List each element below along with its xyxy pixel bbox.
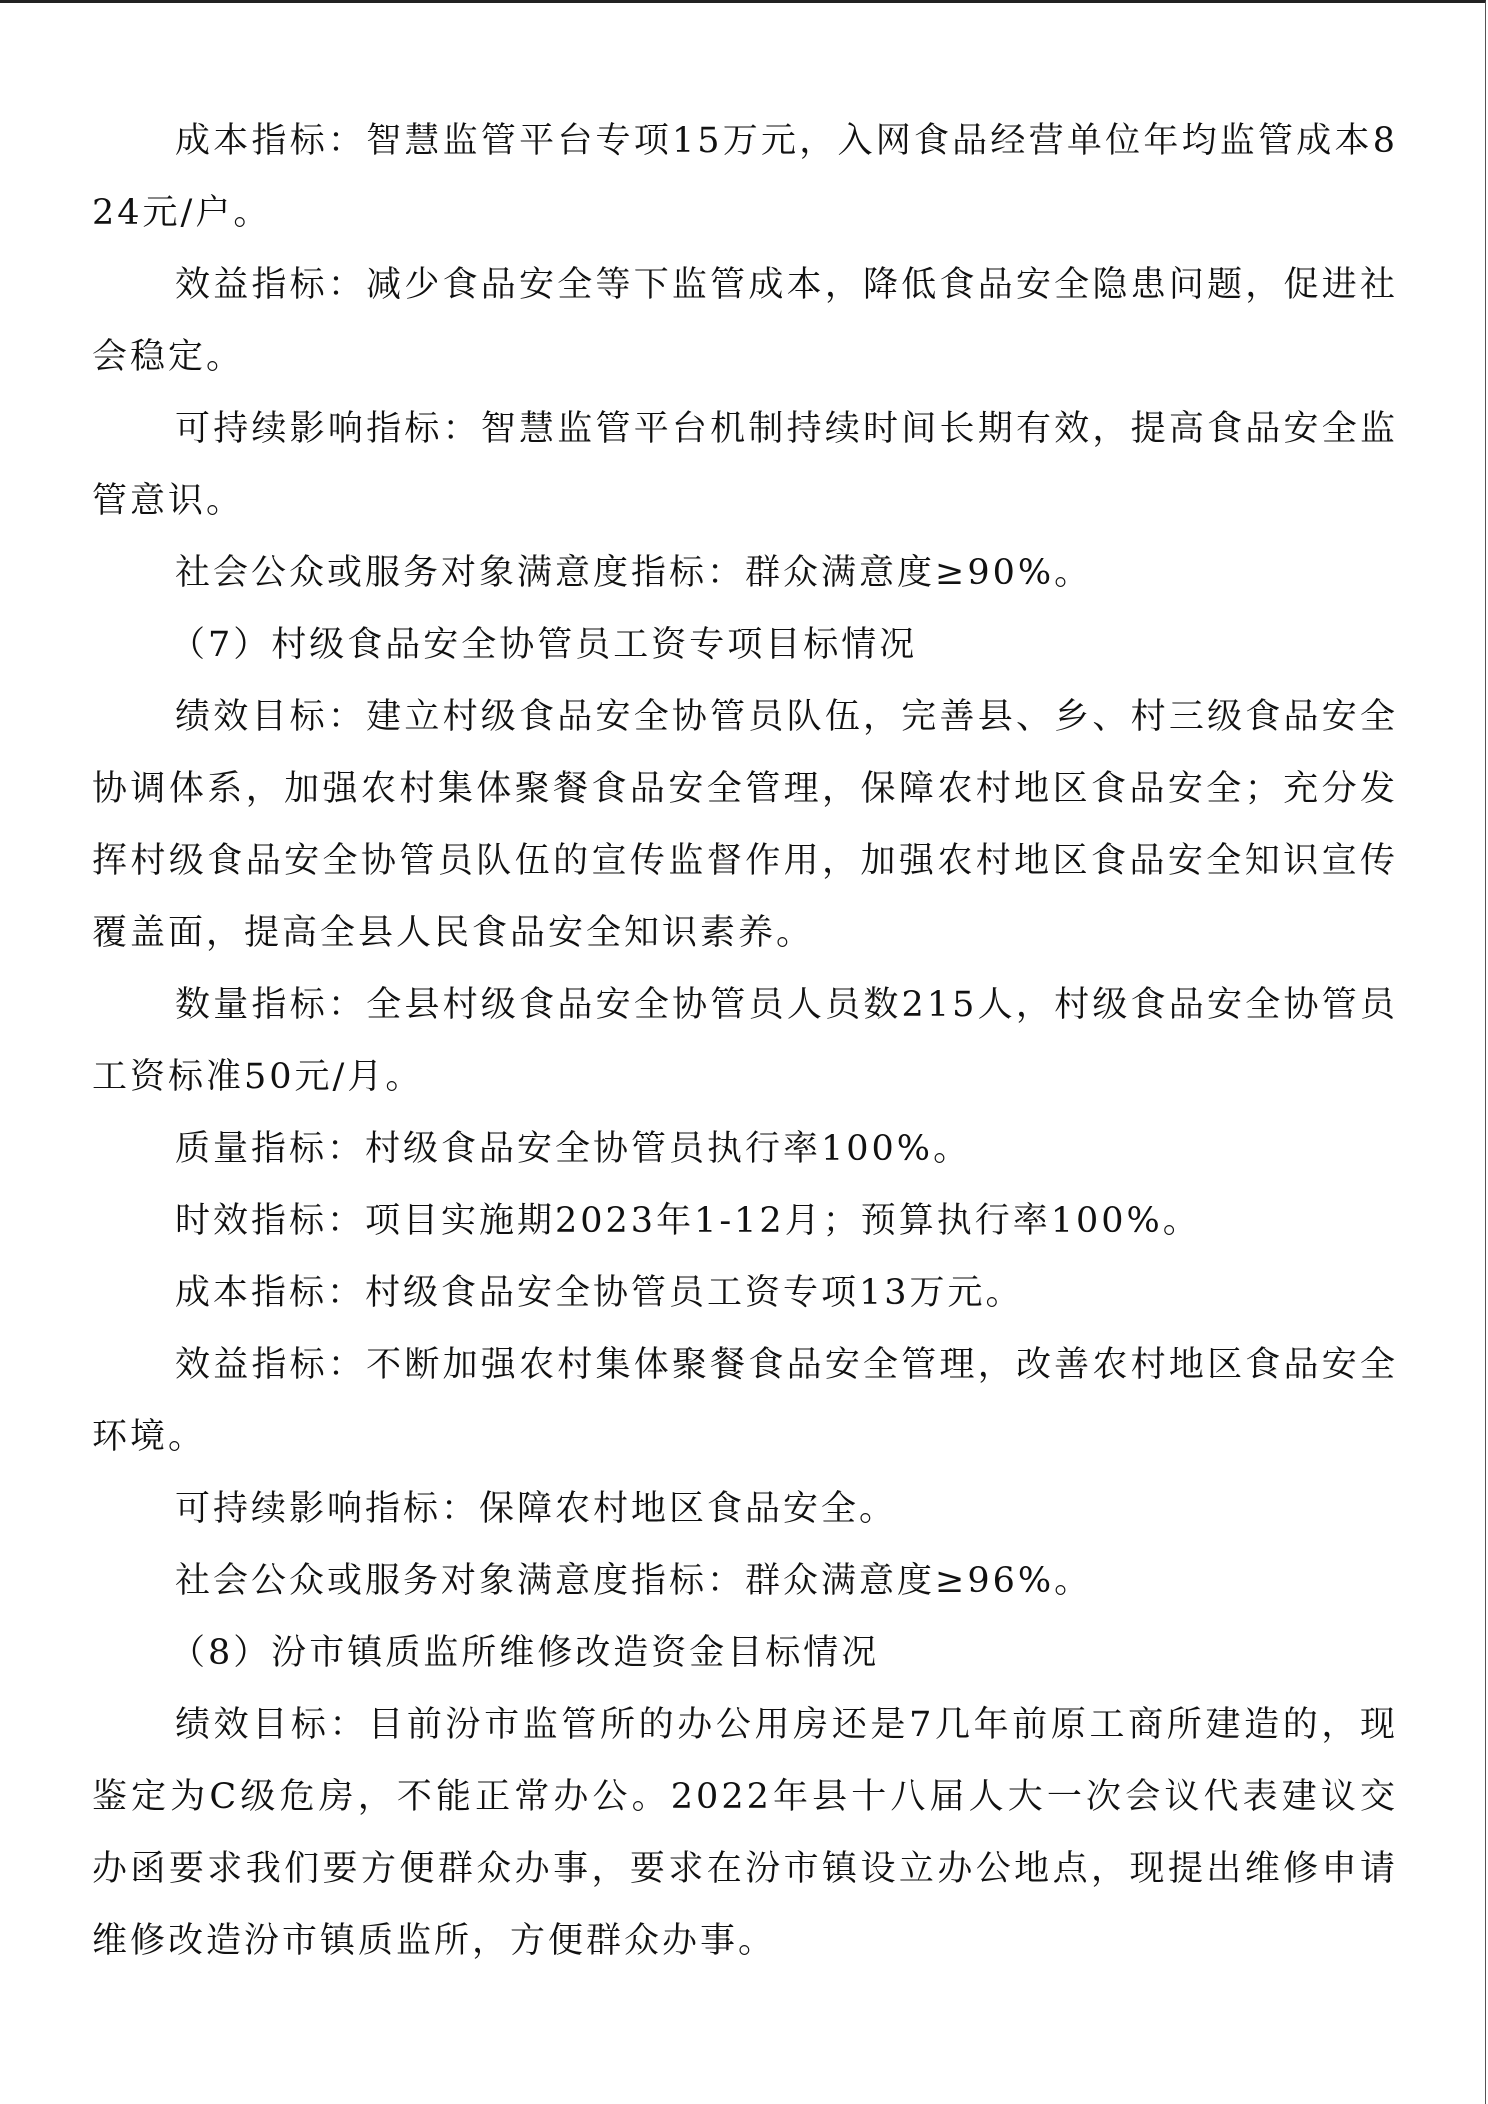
section-heading-7: （7）村级食品安全协管员工资专项目标情况 — [92, 609, 1398, 681]
sustainability-indicator-paragraph: 可持续影响指标：智慧监管平台机制持续时间长期有效，提高食品安全监管意识。 — [92, 393, 1398, 537]
quantity-indicator-paragraph: 数量指标：全县村级食品安全协管员人员数215人，村级食品安全协管员工资标准50元… — [92, 969, 1398, 1113]
performance-goal-paragraph: 绩效目标：建立村级食品安全协管员队伍，完善县、乡、村三级食品安全协调体系，加强农… — [92, 681, 1398, 969]
cost-indicator-paragraph: 成本指标：村级食品安全协管员工资专项13万元。 — [92, 1257, 1398, 1329]
sustainability-indicator-paragraph: 可持续影响指标：保障农村地区食品安全。 — [92, 1473, 1398, 1545]
benefit-indicator-paragraph: 效益指标：不断加强农村集体聚餐食品安全管理，改善农村地区食品安全环境。 — [92, 1329, 1398, 1473]
benefit-indicator-paragraph: 效益指标：减少食品安全等下监管成本，降低食品安全隐患问题，促进社会稳定。 — [92, 249, 1398, 393]
cost-indicator-paragraph: 成本指标：智慧监管平台专项15万元，入网食品经营单位年均监管成本824元/户。 — [92, 105, 1398, 249]
performance-goal-paragraph: 绩效目标：目前汾市监管所的办公用房还是7几年前原工商所建造的，现鉴定为C级危房，… — [92, 1689, 1398, 1977]
section-heading-8: （8）汾市镇质监所维修改造资金目标情况 — [92, 1617, 1398, 1689]
satisfaction-indicator-paragraph: 社会公众或服务对象满意度指标：群众满意度≥90%。 — [92, 537, 1398, 609]
document-page: 成本指标：智慧监管平台专项15万元，入网食品经营单位年均监管成本824元/户。 … — [0, 0, 1486, 2104]
quality-indicator-paragraph: 质量指标：村级食品安全协管员执行率100%。 — [92, 1113, 1398, 1185]
timeliness-indicator-paragraph: 时效指标：项目实施期2023年1-12月；预算执行率100%。 — [92, 1185, 1398, 1257]
satisfaction-indicator-paragraph: 社会公众或服务对象满意度指标：群众满意度≥96%。 — [92, 1545, 1398, 1617]
document-body: 成本指标：智慧监管平台专项15万元，入网食品经营单位年均监管成本824元/户。 … — [92, 105, 1398, 1977]
